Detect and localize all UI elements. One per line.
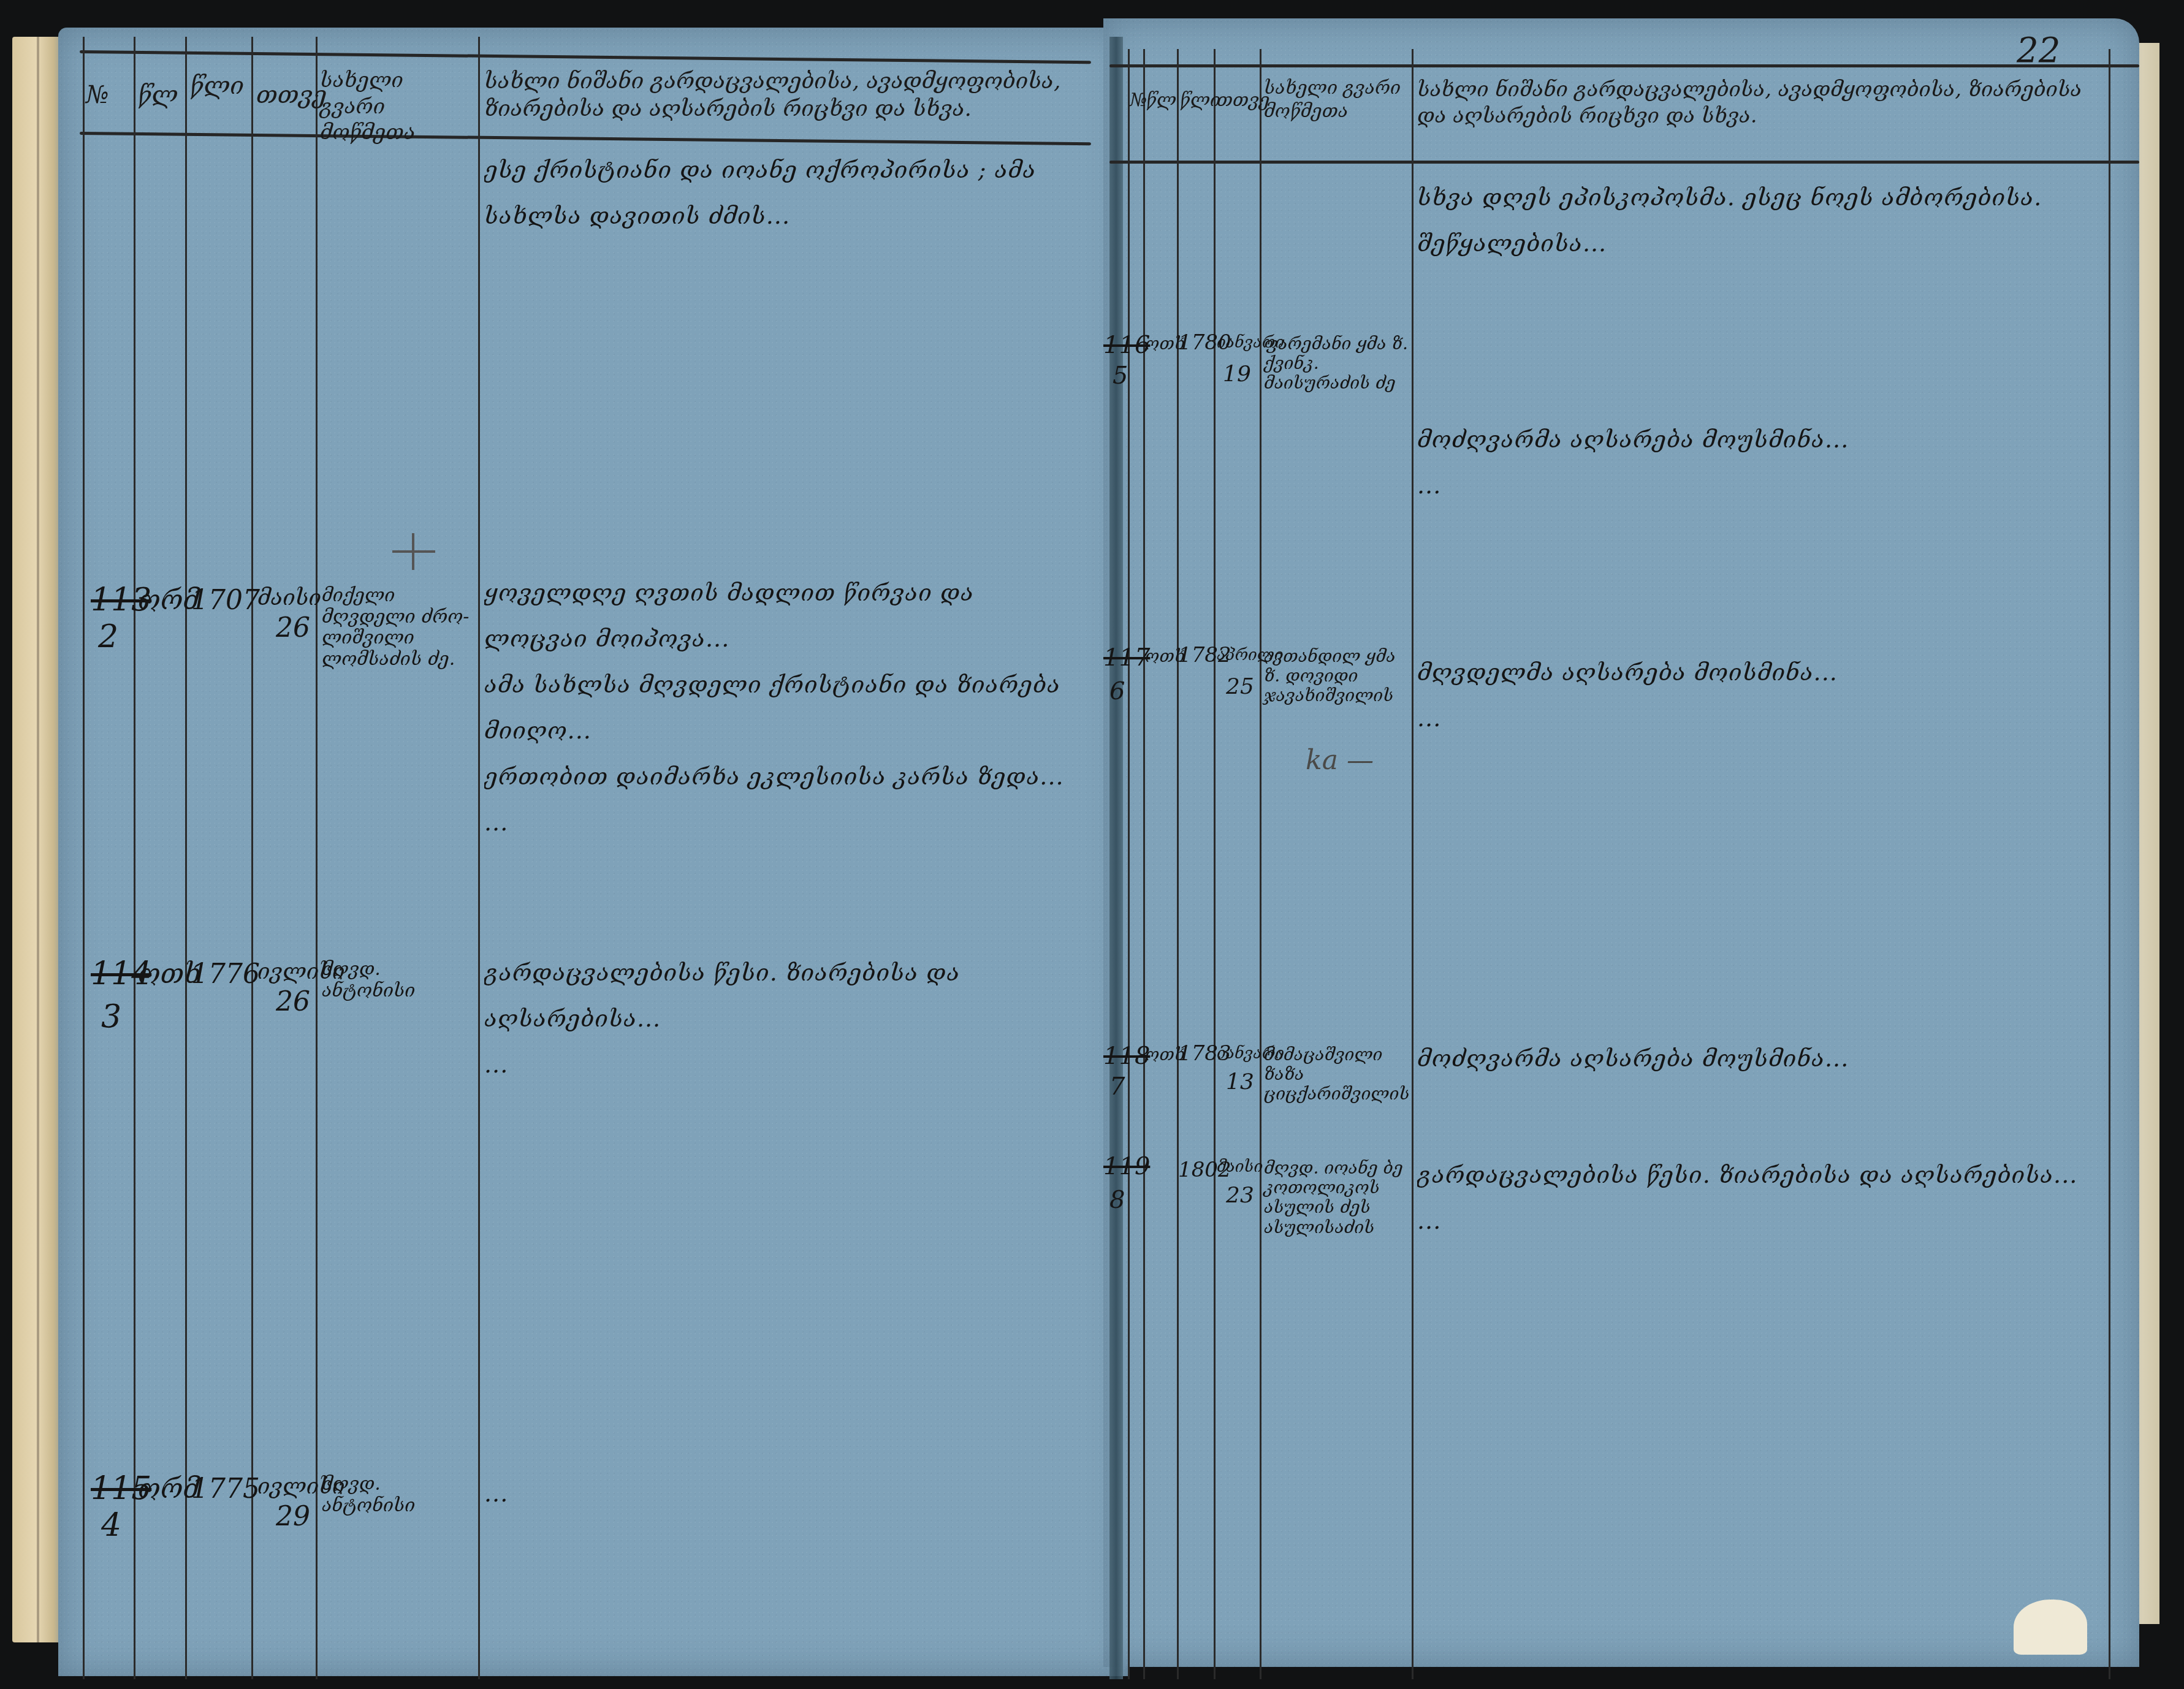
entry-number-struck: 118 (1103, 1042, 1150, 1070)
entry-name: მღვდ. იოანე ბე კოთოლიკოს ასულის ძეს ასულ… (1264, 1158, 1408, 1237)
entry-number: 5 (1113, 362, 1128, 390)
col-rule (1143, 49, 1145, 1679)
entry-month: მაისი (257, 585, 321, 610)
entry-text: მღვდელმა აღსარება მოისმინა... ... (1417, 650, 2104, 1042)
header-col-description: სახლი ნიშანი გარდაცვალებისა, ავადმყოფობი… (484, 67, 1085, 123)
col-rule (1412, 49, 1414, 1679)
entry-day: 29 (276, 1501, 310, 1533)
header-col-number: № (86, 80, 109, 110)
entry-text-continued: ესე ქრისტიანი და იოანე ოქროპირისა ; ამა … (484, 147, 1085, 564)
cross-mark (392, 533, 435, 570)
entry-age: ორმ (138, 585, 199, 617)
entry-text-continued: სხვა დღეს ეპისკოპოსმა. ესეც ნოეს ამბორებ… (1417, 175, 2104, 408)
header-col-month: თთვე (1217, 89, 1269, 112)
entry-day: 23 (1226, 1183, 1254, 1208)
entry-name: მღვდ. ანტონისი (322, 959, 475, 1001)
pencil-note: ka — (1306, 745, 1374, 776)
col-rule (1128, 49, 1130, 1679)
header-col-names: სახელი გვარი მოწმეთა (1264, 77, 1408, 123)
paper-tear (2014, 1600, 2087, 1655)
entry-day: 13 (1226, 1069, 1254, 1095)
entry-text: ყოველდღე ღვთის მადლით წირვაი და ლოცვაი მ… (484, 570, 1085, 950)
entry-year: 1707 (191, 585, 260, 617)
entry-text: გარდაცვალებისა წესი. ზიარებისა და აღსარე… (1417, 1152, 2104, 1679)
col-rule (83, 37, 85, 1679)
header-col-year: წლი (1180, 89, 1220, 112)
entry-text: ... (484, 1471, 1085, 1667)
entry-number: 7 (1109, 1072, 1125, 1101)
entry-name: მღვდ. ანტონისი (322, 1474, 475, 1516)
entry-number-struck: 119 (1103, 1152, 1150, 1180)
entry-day: 25 (1226, 674, 1254, 699)
entry-name: ავთანდილ ყმა ზ. დოვიდი ჯავახიშვილის (1264, 647, 1408, 706)
entry-name: ფარემანი ყმა ზ. ქვინკ. მაისურაძის ძე (1264, 334, 1408, 393)
header-col-month: თთვე (256, 80, 327, 110)
header-col-description: სახლი ნიშანი გარდაცვალებისა, ავადმყოფობი… (1417, 77, 2104, 129)
col-rule (251, 37, 253, 1679)
col-rule (134, 37, 135, 1679)
entry-year: 1776 (191, 959, 260, 990)
col-rule (2109, 49, 2110, 1679)
entry-text: გარდაცვალებისა წესი. ზიარებისა და აღსარე… (484, 950, 1085, 1440)
header-top-rule (1109, 64, 2139, 67)
entry-text: მოძღვარმა აღსარება მოუსმინა... (1417, 1036, 2104, 1146)
entry-month: მაისი (1217, 1158, 1263, 1177)
entry-day: 26 (276, 987, 310, 1018)
col-rule (478, 37, 480, 1679)
header-col-age: წლ (138, 80, 178, 110)
header-col-year: წლი (190, 70, 244, 101)
col-rule (185, 37, 187, 1679)
entry-day: 19 (1223, 362, 1251, 387)
book-gutter (1109, 37, 1123, 1679)
header-bottom-rule (1109, 161, 2139, 164)
entry-number: 4 (101, 1508, 121, 1544)
entry-number: 3 (101, 999, 121, 1036)
col-rule (1260, 49, 1261, 1679)
entry-year: 1775 (191, 1474, 260, 1505)
header-col-number: № (1130, 89, 1147, 112)
entry-number: 8 (1109, 1186, 1125, 1214)
col-rule (1214, 49, 1216, 1679)
entry-name: მამაცაშვილი ზაზა ციცქარიშვილის (1264, 1045, 1408, 1104)
col-rule (316, 37, 318, 1679)
entry-day: 26 (276, 613, 310, 644)
entry-name: მიქელი მღვდელი ძრო- ლიშვილი ლომსაძის ძე. (322, 585, 475, 670)
entry-number-struck: 117 (1103, 643, 1150, 672)
entry-number: 2 (98, 619, 118, 656)
entry-number-struck: 116 (1103, 331, 1150, 359)
entry-text: მოძღვარმა აღსარება მოუსმინა... ... (1417, 417, 2104, 650)
header-col-names: სახელი გვარი მოწმეთა (320, 67, 473, 146)
entry-number: 6 (1109, 677, 1125, 705)
header-col-age: წლ (1146, 89, 1176, 112)
col-rule (1177, 49, 1179, 1679)
entry-age: ორმ (138, 1474, 199, 1505)
